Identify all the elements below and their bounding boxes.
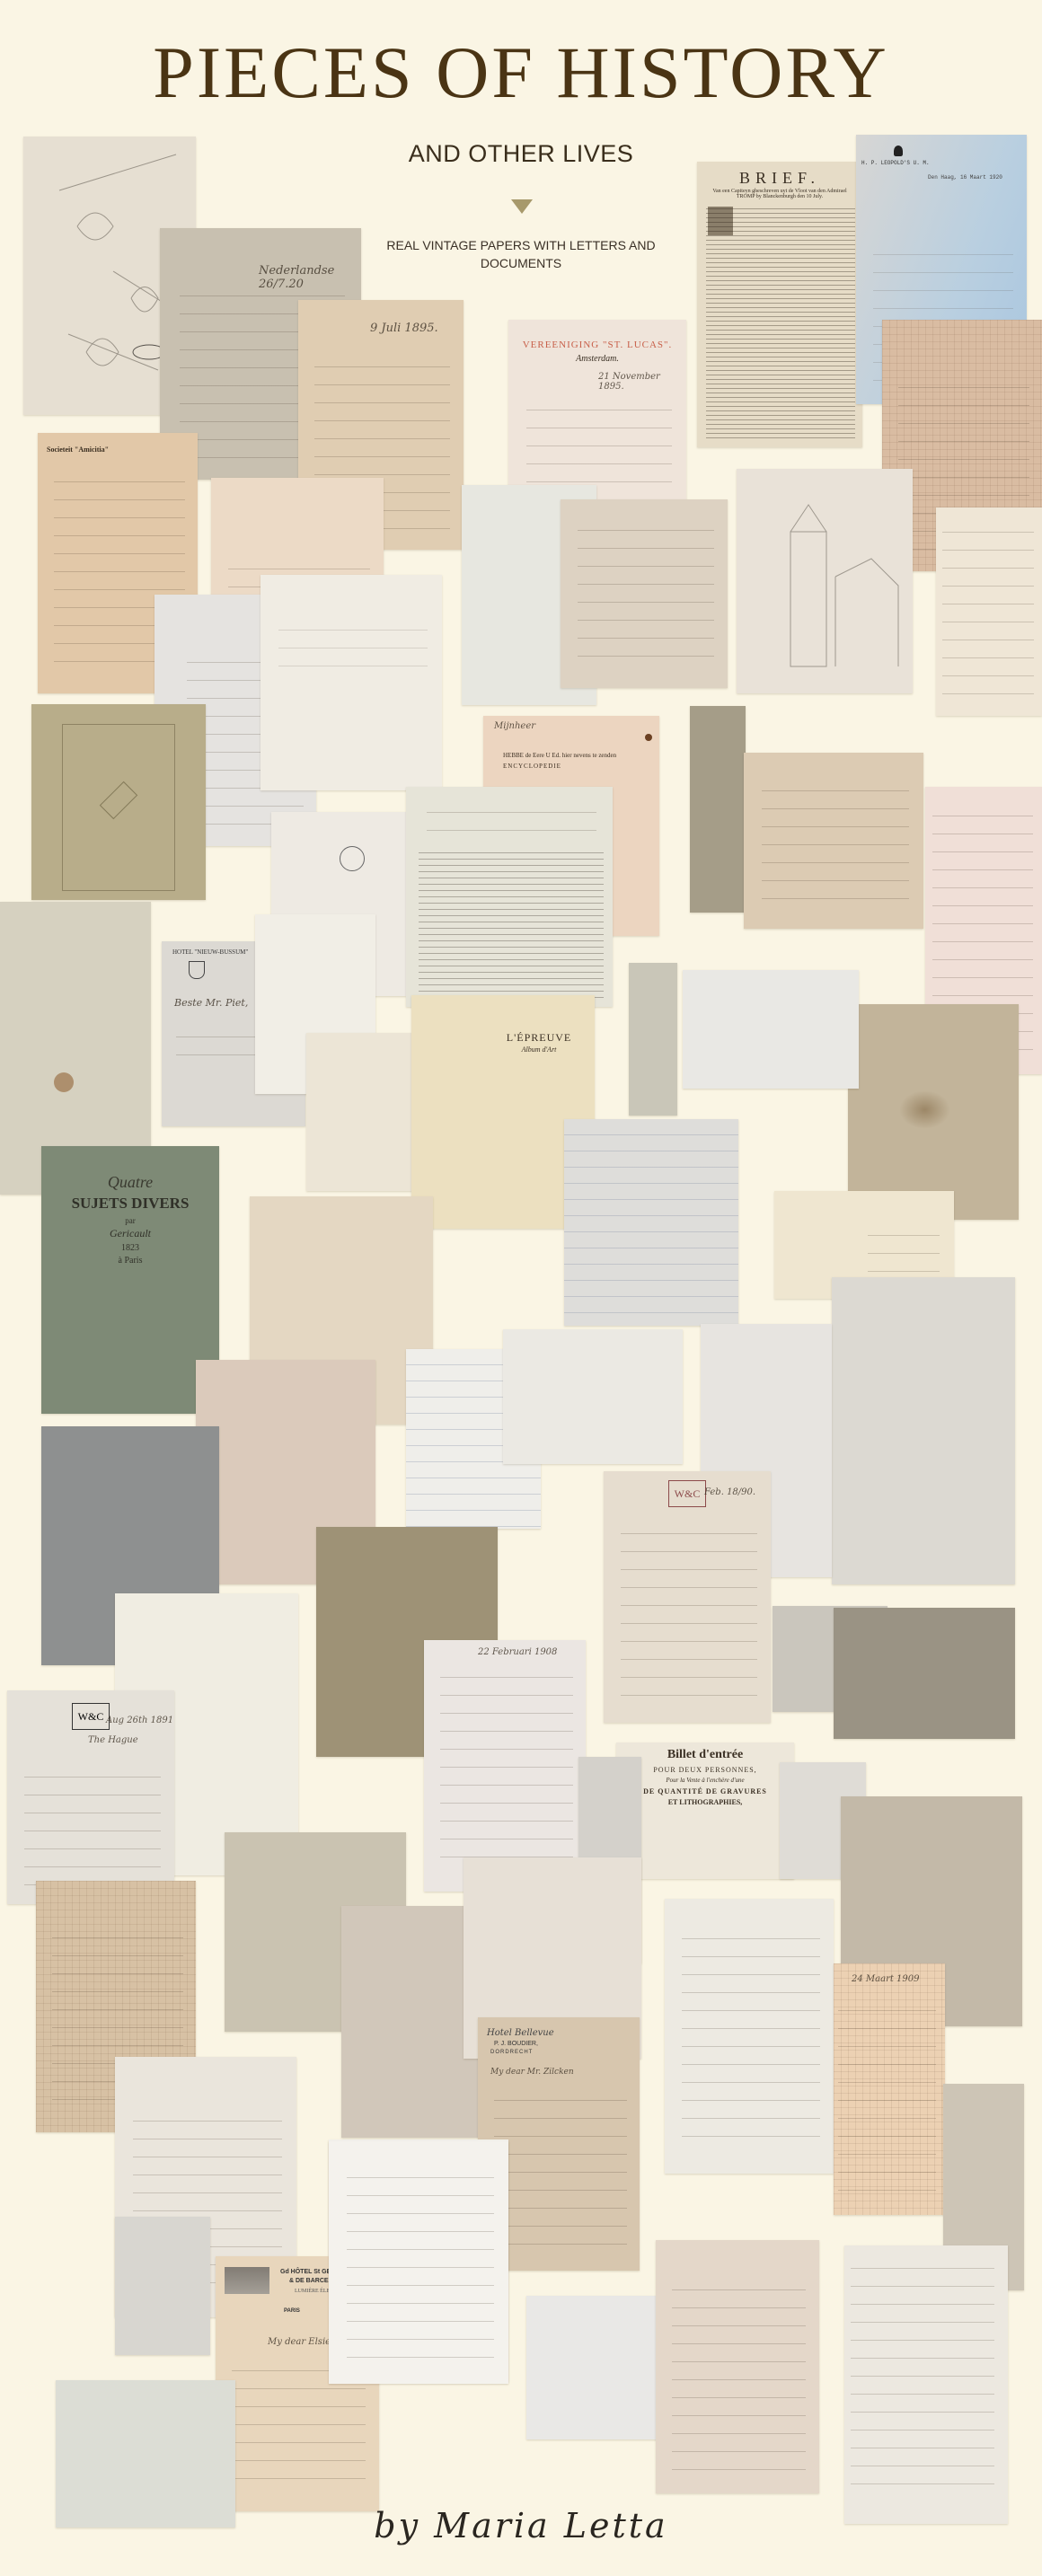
medallion-icon <box>340 846 365 871</box>
brief-subheading: Van een Capiteyn gheschreven uyt de Vloo… <box>697 189 862 199</box>
paper-grey-strip <box>629 963 677 1116</box>
handwriting <box>942 520 1033 700</box>
printed-line: ENCYCLOPEDIE <box>503 763 561 770</box>
paper-ink-letter <box>329 2141 508 2384</box>
handwriting <box>682 1927 820 2152</box>
printed-text-block <box>706 207 855 438</box>
paper-pencil-sketch <box>832 1277 1015 1584</box>
letter-greeting: Mijnheer <box>494 721 535 731</box>
paper-brown-board <box>834 1608 1015 1739</box>
handwriting <box>578 518 715 673</box>
paper-wvc-letter-1890: W&C Feb. 18/90. <box>604 1471 771 1723</box>
tower-sketch-icon <box>737 469 913 693</box>
paper-letter-1874 <box>656 2240 819 2493</box>
cover-title: SUJETS DIVERS <box>41 1195 219 1213</box>
handwriting <box>347 2166 494 2364</box>
paper-grey-bottom <box>115 2217 210 2355</box>
cover-line: Quatre <box>41 1173 219 1192</box>
letter-greeting: My dear Elsie <box>268 2337 331 2347</box>
billet-line: POUR DEUX PERSONNES, <box>616 1766 794 1774</box>
handwriting <box>440 1665 573 1872</box>
billet-line: DE QUANTITÉ DE GRAVURES <box>616 1787 794 1795</box>
letterhead: Societeit "Amicitia" <box>47 446 109 454</box>
paper-billet-dentree: Billet d'entrée POUR DEUX PERSONNES, Pou… <box>616 1742 794 1879</box>
handwriting <box>494 2088 627 2251</box>
letter-date: 9 Juli 1895. <box>370 322 438 335</box>
epreuve-title: L'ÉPREUVE <box>483 1031 595 1045</box>
letter-addressee: The Hague <box>88 1735 138 1745</box>
cover-author: Gericault <box>41 1227 219 1240</box>
paper-tower-sketch <box>737 469 913 693</box>
monogram-logo: W&C <box>72 1703 110 1730</box>
paper-taupe-tall <box>341 1906 480 2138</box>
billet-title: Billet d'entrée <box>616 1748 794 1762</box>
paper-letter-1909: 24 Maart 1909 <box>834 1963 945 2215</box>
paper-printed-news <box>406 787 613 1007</box>
paper-quatre-sujets-cover: Quatre SUJETS DIVERS par Gericault 1823 … <box>41 1146 219 1414</box>
billet-line: Pour la Vente à l'enchère d'une <box>616 1777 794 1784</box>
ink-stain <box>645 734 652 741</box>
bird-logo-icon <box>894 146 903 156</box>
cover-place: à Paris <box>41 1256 219 1266</box>
paper-book-cover <box>31 704 206 900</box>
handwriting <box>24 1765 162 1887</box>
paper-aged-board <box>848 1004 1019 1220</box>
monogram-logo: W&C <box>668 1480 706 1507</box>
letterhead: VEREENIGING "ST. LUCAS". <box>508 340 686 350</box>
letterhead-city: PARIS <box>284 2308 300 2314</box>
paper-long-letter-right <box>936 507 1042 716</box>
letter-date: Den Haag, 16 Maart 1920 <box>928 174 1002 181</box>
letter-greeting: Beste Mr. Piet, <box>174 997 248 1009</box>
paper-brief: BRIEF. Van een Capiteyn gheschreven uyt … <box>697 162 862 447</box>
handwriting <box>278 618 428 672</box>
letter-greeting: My dear Mr. Zilcken <box>490 2068 574 2077</box>
paper-merci-letter <box>744 753 923 929</box>
letterhead: Hotel Bellevue <box>487 2028 554 2038</box>
handwriting <box>851 2256 994 2501</box>
paper-ruled-sheet <box>564 1119 738 1326</box>
crest-icon <box>189 961 205 979</box>
printed-line: HEBBE de Eere U Ed. hier nevens te zende… <box>503 752 616 759</box>
brief-heading: BRIEF. <box>697 169 862 188</box>
printed-text-block <box>419 850 604 998</box>
letter-date: 22 Februari 1908 <box>478 1647 557 1657</box>
paper-printed-notice <box>260 575 442 790</box>
paper-wvc-letter-1891: W&C Aug 26th 1891 The Hague <box>7 1690 174 1904</box>
paper-note-pencil <box>561 499 728 688</box>
cover-year: 1823 <box>41 1243 219 1253</box>
letterhead-line: P. J. BOUDIER, <box>494 2041 538 2047</box>
handwriting <box>621 1522 758 1703</box>
letter-date: 24 Maart 1909 <box>852 1974 920 1984</box>
hotel-illustration <box>225 2267 269 2294</box>
letterhead-place: Amsterdam. <box>508 354 686 364</box>
letterhead-line: DORDRECHT <box>490 2050 533 2055</box>
cover-line: par <box>41 1216 219 1225</box>
paper-letter-1908: 22 Februari 1908 <box>424 1640 586 1892</box>
author-signature: by Maria Letta <box>0 2506 1042 2545</box>
letter-date: Aug 26th 1891 <box>106 1716 173 1725</box>
paper-folded-white <box>683 970 859 1089</box>
handwriting <box>427 800 596 840</box>
letter-date: Feb. 18/90. <box>704 1487 755 1497</box>
paper-handwritten-medal <box>844 2245 1008 2524</box>
letterhead: H. P. LEOPOLD'S U. M. <box>861 160 930 166</box>
page-title: PIECES OF HISTORY <box>0 36 1042 110</box>
billet-line: ET LITHOGRAPHIES, <box>616 1798 794 1806</box>
letter-date: 21 November 1895. <box>598 372 686 392</box>
paper-grey-board <box>690 706 746 913</box>
paper-letter-aug <box>665 1899 834 2174</box>
triangle-down-icon <box>511 199 533 214</box>
letterhead: HOTEL "NIEUW-BUSSUM" <box>172 948 248 956</box>
handwriting <box>838 1998 936 2194</box>
tagline: REAL VINTAGE PAPERS WITH LETTERS AND DOC… <box>386 236 656 272</box>
epreuve-subtitle: Album d'Art <box>483 1045 595 1054</box>
handwriting <box>762 779 909 914</box>
paper-blank-grey <box>503 1329 683 1464</box>
handwriting <box>672 2278 806 2473</box>
stain-spot <box>54 1072 74 1092</box>
